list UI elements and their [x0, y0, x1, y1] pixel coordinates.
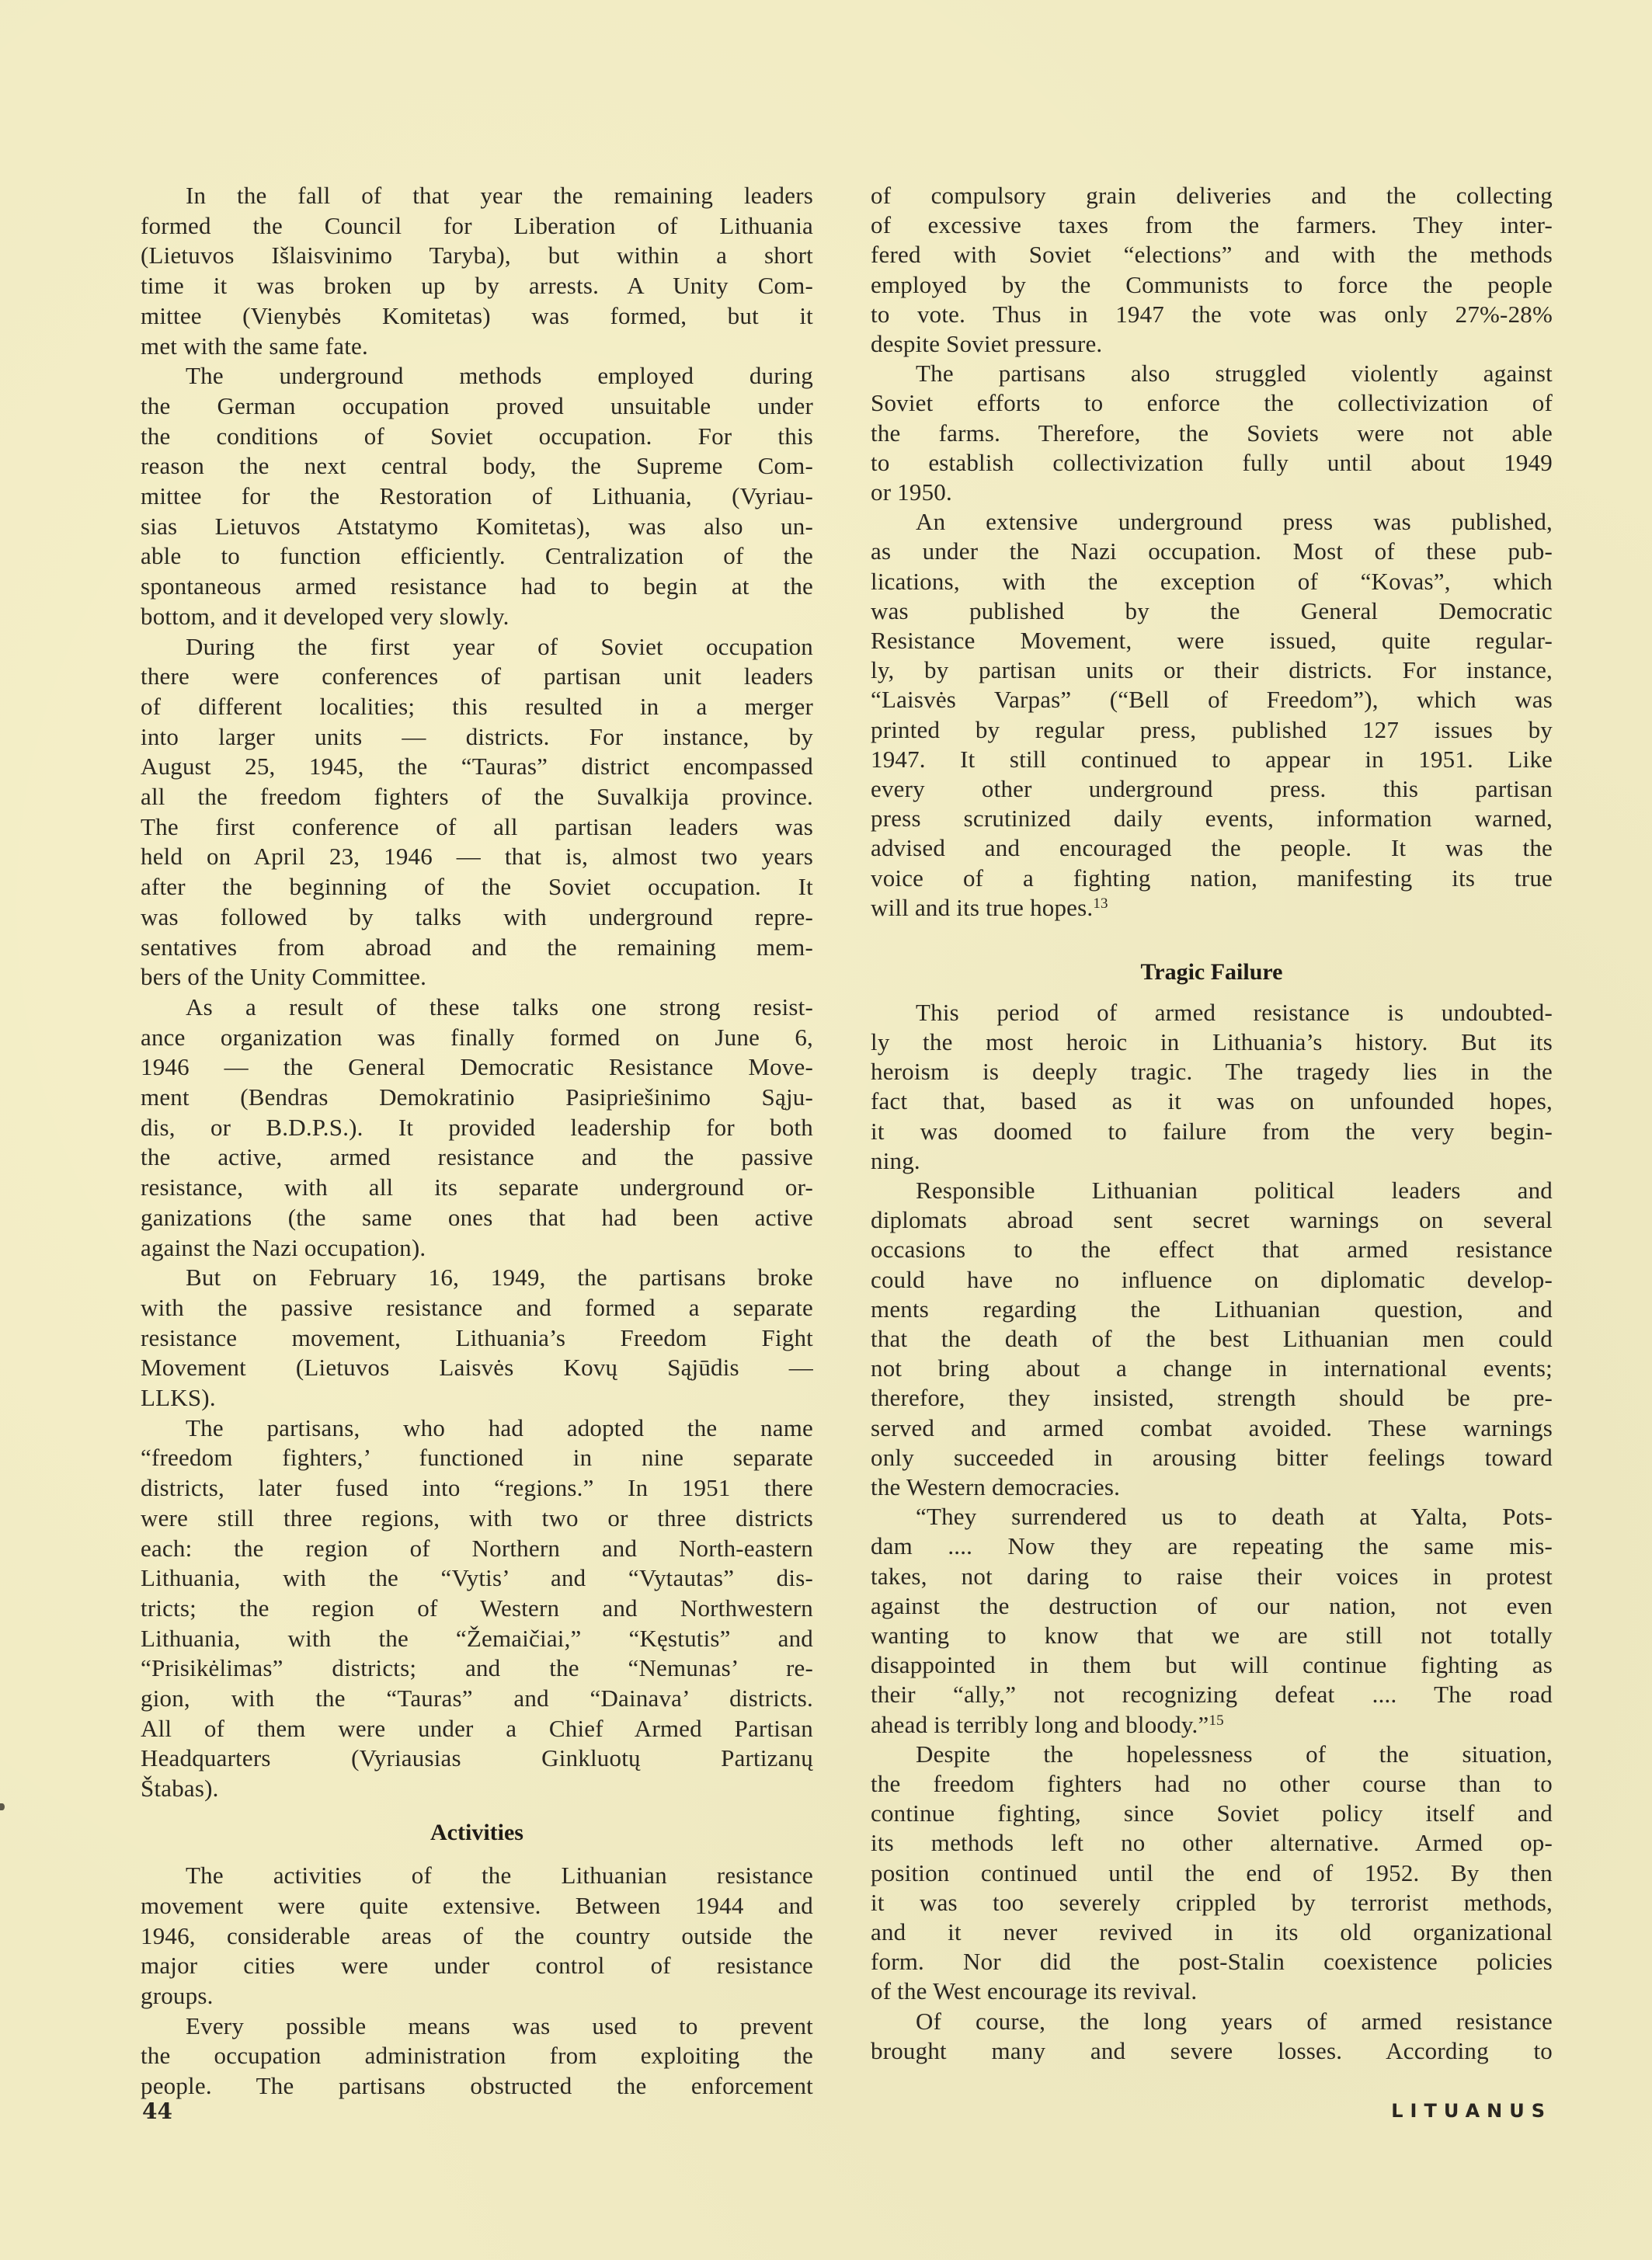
- text-line: met with the same fate.: [141, 332, 813, 361]
- text-line: major cities were under control of resis…: [141, 1951, 813, 1980]
- text-line: In the fall of that year the remaining l…: [141, 181, 813, 210]
- document-page: In the fall of that year the remaining l…: [0, 0, 1652, 2260]
- text-line: there were conferences of partisan unit …: [141, 662, 813, 691]
- text-line: every other underground press. this part…: [871, 774, 1553, 804]
- page-number: 44: [142, 2098, 172, 2124]
- text-line: Lithuania, with the “Vytis’ and “Vytauta…: [141, 1563, 813, 1593]
- text-line: it was too severely crippled by terroris…: [871, 1888, 1553, 1918]
- text-line: sentatives from abroad and the remaining…: [141, 933, 813, 962]
- text-line: lications, with the exception of “Kovas”…: [871, 567, 1553, 596]
- text-line: gion, with the “Tauras” and “Dainava’ di…: [141, 1684, 813, 1713]
- right-column: of compulsory grain deliveries and the c…: [871, 0, 1553, 2260]
- scan-speck: [0, 1803, 5, 1810]
- text-line: 1946 — the General Democratic Resistance…: [141, 1052, 813, 1082]
- text-line: During the first year of Soviet occupati…: [141, 632, 813, 662]
- text-line: Movement (Lietuvos Laisvės Kovų Sąjūdis …: [141, 1353, 813, 1382]
- text-line: groups.: [141, 1981, 813, 2011]
- text-line: served and armed combat avoided. These w…: [871, 1413, 1553, 1443]
- text-line: will and its true hopes.13: [871, 893, 1553, 923]
- text-line: ahead is terribly long and bloody.”15: [871, 1710, 1553, 1740]
- text-line: bers of the Unity Committee.: [141, 962, 813, 992]
- text-line: each: the region of Northern and North-e…: [141, 1534, 813, 1563]
- text-line: time it was broken up by arrests. A Unit…: [141, 271, 813, 301]
- text-line: not bring about a change in internationa…: [871, 1354, 1553, 1383]
- text-line: fact that, based as it was on unfounded …: [871, 1087, 1553, 1116]
- text-line: “freedom fighters,’ functioned in nine s…: [141, 1443, 813, 1472]
- text-line: were still three regions, with two or th…: [141, 1504, 813, 1533]
- text-line: held on April 23, 1946 — that is, almost…: [141, 842, 813, 871]
- text-line: diplomats abroad sent secret warnings on…: [871, 1205, 1553, 1235]
- text-line: The first conference of all partisan lea…: [141, 812, 813, 842]
- text-line: mittee (Vienybės Komitetas) was formed, …: [141, 301, 813, 331]
- text-line: ly, by partisan units or their districts…: [871, 655, 1553, 685]
- text-line: Soviet efforts to enforce the collectivi…: [871, 388, 1553, 418]
- text-line: sias Lietuvos Atstatymo Komitetas), was …: [141, 512, 813, 541]
- text-line: dam .... Now they are repeating the same…: [871, 1532, 1553, 1561]
- text-line: to establish collectivization fully unti…: [871, 448, 1553, 478]
- text-line: the freedom fighters had no other course…: [871, 1769, 1553, 1799]
- text-line: of the West encourage its revival.: [871, 1977, 1553, 2006]
- text-line: voice of a fighting nation, manifesting …: [871, 864, 1553, 893]
- text-line: ning.: [871, 1146, 1553, 1176]
- text-line: the occupation administration from explo…: [141, 2041, 813, 2071]
- text-line: August 25, 1945, the “Tauras” district e…: [141, 752, 813, 781]
- text-line: As a result of these talks one strong re…: [141, 993, 813, 1022]
- text-line: All of them were under a Chief Armed Par…: [141, 1714, 813, 1744]
- text-line: mittee for the Restoration of Lithuania,…: [141, 482, 813, 511]
- text-line: people. The partisans obstructed the enf…: [141, 2071, 813, 2101]
- text-line: Štabas).: [141, 1774, 813, 1803]
- text-line: or 1950.: [871, 478, 1553, 507]
- text-line: The partisans, who had adopted the name: [141, 1413, 813, 1443]
- text-line: able to function efficiently. Centraliza…: [141, 541, 813, 571]
- text-line: fered with Soviet “elections” and with t…: [871, 240, 1553, 269]
- section-heading: Activities: [141, 1818, 813, 1848]
- text-line: only succeeded in arousing bitter feelin…: [871, 1443, 1553, 1472]
- text-line: the active, armed resistance and the pas…: [141, 1142, 813, 1172]
- text-line: the German occupation proved unsuitable …: [141, 391, 813, 421]
- text-line: with the passive resistance and formed a…: [141, 1293, 813, 1323]
- text-line: The activities of the Lithuanian resista…: [141, 1861, 813, 1890]
- text-line: of compulsory grain deliveries and the c…: [871, 181, 1553, 210]
- text-line: Resistance Movement, were issued, quite …: [871, 626, 1553, 655]
- text-line: after the beginning of the Soviet occupa…: [141, 872, 813, 902]
- text-line: But on February 16, 1949, the partisans …: [141, 1263, 813, 1292]
- text-line: This period of armed resistance is undou…: [871, 998, 1553, 1027]
- text-line: ments regarding the Lithuanian question,…: [871, 1295, 1553, 1324]
- text-line: Despite the hopelessness of the situatio…: [871, 1740, 1553, 1769]
- text-line: Headquarters (Vyriausias Ginkluotų Parti…: [141, 1744, 813, 1773]
- text-line: resistance movement, Lithuania’s Freedom…: [141, 1323, 813, 1353]
- text-line: resistance, with all its separate underg…: [141, 1173, 813, 1202]
- text-line: the farms. Therefore, the Soviets were n…: [871, 419, 1553, 448]
- text-line: as under the Nazi occupation. Most of th…: [871, 537, 1553, 566]
- text-line: against the destruction of our nation, n…: [871, 1591, 1553, 1621]
- text-line: takes, not daring to raise their voices …: [871, 1562, 1553, 1591]
- text-line: ganizations (the same ones that had been…: [141, 1203, 813, 1233]
- text-line: Responsible Lithuanian political leaders…: [871, 1176, 1553, 1205]
- text-line: continue fighting, since Soviet policy i…: [871, 1799, 1553, 1828]
- text-line: “Prisikėlimas” districts; and the “Nemun…: [141, 1653, 813, 1683]
- text-line: employed by the Communists to force the …: [871, 270, 1553, 300]
- text-line: The underground methods employed during: [141, 361, 813, 391]
- text-line: was published by the General Democratic: [871, 596, 1553, 626]
- text-line: was followed by talks with underground r…: [141, 902, 813, 932]
- text-line: Every possible means was used to prevent: [141, 2011, 813, 2041]
- text-line: to vote. Thus in 1947 the vote was only …: [871, 300, 1553, 329]
- text-line: disappointed in them but will continue f…: [871, 1650, 1553, 1680]
- text-line: occasions to the effect that armed resis…: [871, 1235, 1553, 1264]
- text-line: The partisans also struggled violently a…: [871, 359, 1553, 388]
- text-line: the Western democracies.: [871, 1472, 1553, 1502]
- text-line: Lithuania, with the “Žemaičiai,” “Kęstut…: [141, 1624, 813, 1653]
- text-line: An extensive underground press was publi…: [871, 507, 1553, 537]
- text-line: into larger units — districts. For insta…: [141, 722, 813, 752]
- text-line: that the death of the best Lithuanian me…: [871, 1324, 1553, 1354]
- text-line: Of course, the long years of armed resis…: [871, 2007, 1553, 2036]
- text-line: spontaneous armed resistance had to begi…: [141, 572, 813, 601]
- text-line: reason the next central body, the Suprem…: [141, 451, 813, 481]
- text-line: ly the most heroic in Lithuania’s histor…: [871, 1027, 1553, 1057]
- text-line: ment (Bendras Demokratinio Pasipriešinim…: [141, 1083, 813, 1112]
- text-line: LLKS).: [141, 1383, 813, 1413]
- text-line: ance organization was finally formed on …: [141, 1023, 813, 1052]
- section-heading: Tragic Failure: [871, 958, 1553, 987]
- text-line: all the freedom fighters of the Suvalkij…: [141, 782, 813, 812]
- text-line: advised and encouraged the people. It wa…: [871, 833, 1553, 863]
- text-line: could have no influence on diplomatic de…: [871, 1265, 1553, 1295]
- text-line: against the Nazi occupation).: [141, 1233, 813, 1263]
- publication-name: LITUANUS: [1391, 2100, 1552, 2122]
- text-line: tricts; the region of Western and Northw…: [141, 1594, 813, 1623]
- text-line: wanting to know that we are still not to…: [871, 1621, 1553, 1650]
- text-line: 1946, considerable areas of the country …: [141, 1921, 813, 1951]
- text-line: their “ally,” not recognizing defeat ...…: [871, 1680, 1553, 1709]
- text-line: of different localities; this resulted i…: [141, 692, 813, 721]
- text-line: bottom, and it developed very slowly.: [141, 602, 813, 631]
- text-line: its methods left no other alternative. A…: [871, 1828, 1553, 1858]
- text-line: it was doomed to failure from the very b…: [871, 1117, 1553, 1146]
- text-line: (Lietuvos Išlaisvinimo Taryba), but with…: [141, 241, 813, 270]
- text-line: heroism is deeply tragic. The tragedy li…: [871, 1057, 1553, 1087]
- text-line: “They surrendered us to death at Yalta, …: [871, 1502, 1553, 1532]
- text-line: despite Soviet pressure.: [871, 329, 1553, 359]
- text-line: brought many and severe losses. Accordin…: [871, 2036, 1553, 2066]
- text-line: dis, or B.D.P.S.). It provided leadershi…: [141, 1113, 813, 1142]
- text-line: 1947. It still continued to appear in 19…: [871, 745, 1553, 774]
- text-line: and it never revived in its old organiza…: [871, 1918, 1553, 1947]
- text-line: of excessive taxes from the farmers. The…: [871, 210, 1553, 240]
- text-line: printed by regular press, published 127 …: [871, 715, 1553, 745]
- text-line: formed the Council for Liberation of Lit…: [141, 211, 813, 241]
- left-column: In the fall of that year the remaining l…: [141, 0, 813, 2260]
- footnote-ref[interactable]: 15: [1209, 1712, 1223, 1729]
- text-line: the conditions of Soviet occupation. For…: [141, 422, 813, 451]
- text-line: therefore, they insisted, strength shoul…: [871, 1383, 1553, 1413]
- footnote-ref[interactable]: 13: [1093, 895, 1108, 912]
- text-line: districts, later fused into “regions.” I…: [141, 1473, 813, 1503]
- text-line: form. Nor did the post-Stalin coexistenc…: [871, 1947, 1553, 1977]
- text-line: press scrutinized daily events, informat…: [871, 804, 1553, 833]
- text-line: movement were quite extensive. Between 1…: [141, 1891, 813, 1921]
- text-line: “Laisvės Varpas” (“Bell of Freedom”), wh…: [871, 685, 1553, 715]
- text-line: position continued until the end of 1952…: [871, 1858, 1553, 1888]
